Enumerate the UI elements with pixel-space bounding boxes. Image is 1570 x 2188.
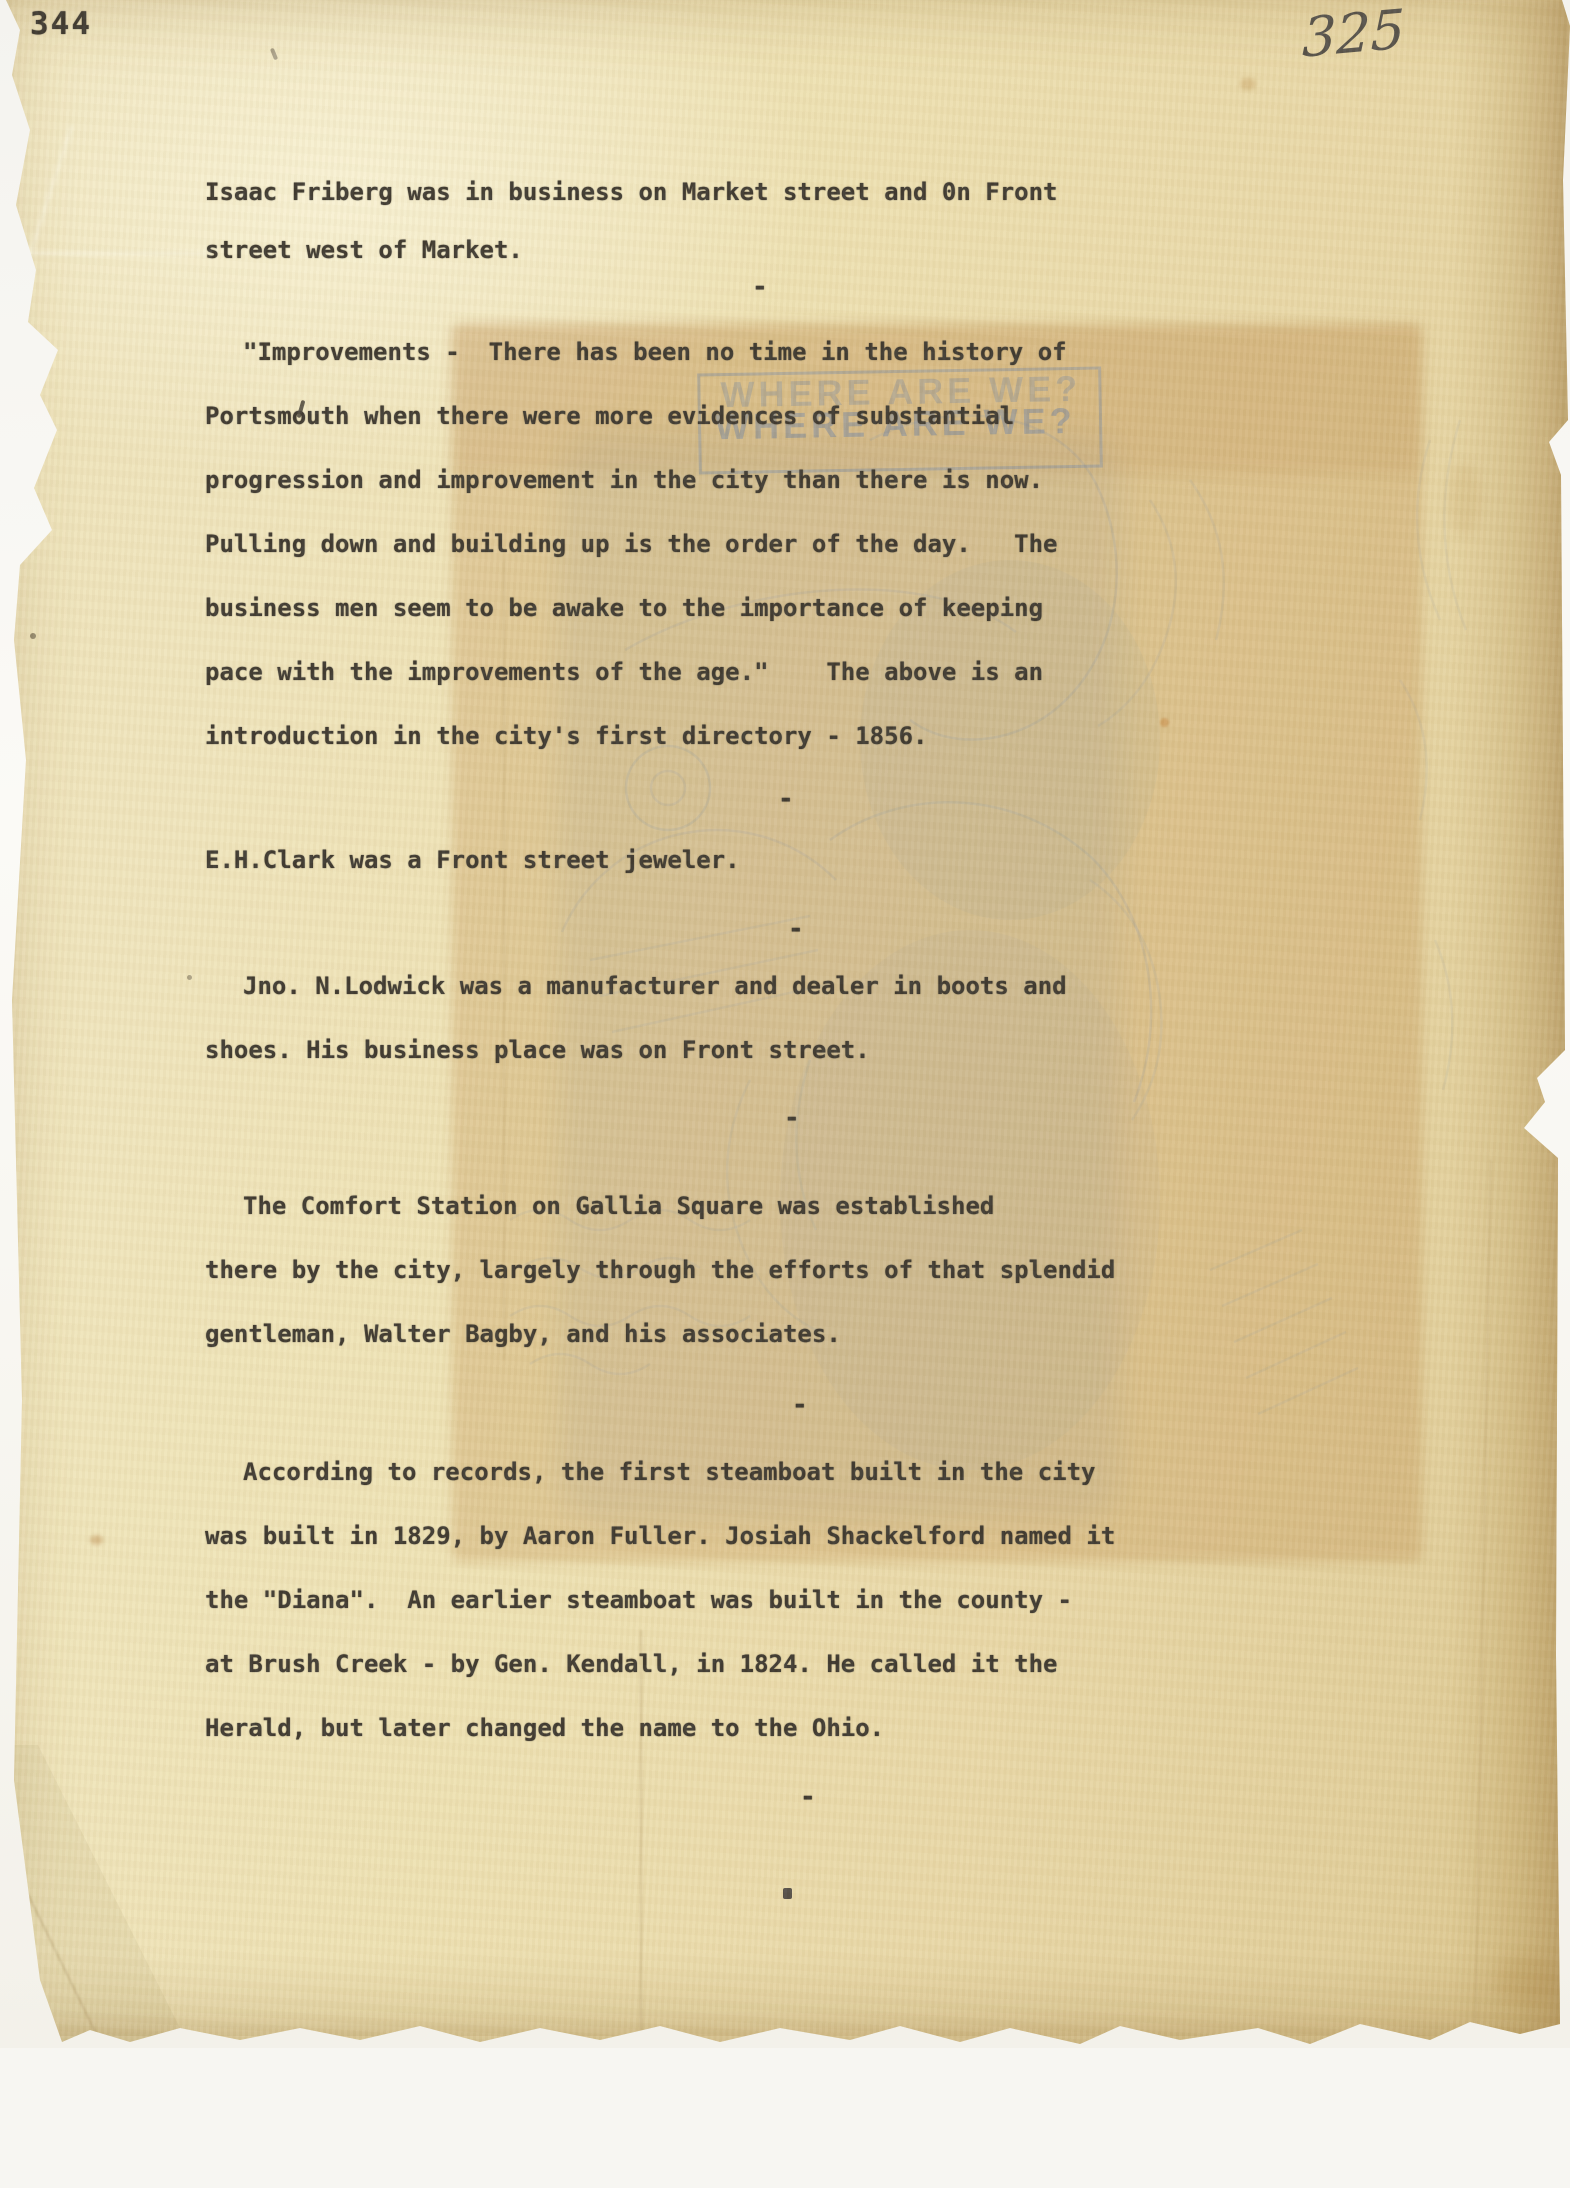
ink-speck [783,1888,792,1899]
typed-line: Portsmouth when there were more evidence… [205,384,1067,448]
typed-line: Herald, but later changed the name to th… [205,1696,1115,1760]
typed-line: at Brush Creek - by Gen. Kendall, in 182… [205,1632,1115,1696]
typed-line: there by the city, largely through the e… [205,1238,1115,1302]
typed-line: street west of Market. [205,221,1058,279]
typed-line: Isaac Friberg was in business on Market … [205,163,1058,221]
crease-line [503,560,505,1360]
dash-separator: - [788,914,804,944]
typed-line: introduction in the city's first directo… [205,704,1067,768]
handwritten-page-number: 325 [1302,0,1406,70]
typed-line: was built in 1829, by Aaron Fuller. Josi… [205,1504,1115,1568]
ink-speck [187,975,192,980]
typed-line: pace with the improvements of the age." … [205,640,1067,704]
paragraph-comfort-station: The Comfort Station on Gallia Square was… [205,1174,1115,1366]
typed-line: According to records, the first steamboa… [205,1440,1115,1504]
scanned-document-page: WHERE ARE WE? WHERE ARE WE? 344 325 Isaa… [0,0,1570,2048]
foxing-spot [90,1535,103,1545]
paragraph-friberg: Isaac Friberg was in business on Market … [205,163,1058,279]
ink-speck [270,48,278,61]
typed-line: shoes. His business place was on Front s… [205,1018,1067,1082]
paragraph-lodwick: Jno. N.Lodwick was a manufacturer and de… [205,954,1067,1082]
right-edge-shading [1452,0,1570,2048]
bottom-edge-shading [0,1950,1570,2036]
dash-separator: - [752,272,768,302]
dash-separator: - [792,1390,808,1420]
typed-line: "Improvements - There has been no time i… [205,320,1067,384]
typed-line: the "Diana". An earlier steamboat was bu… [205,1568,1115,1632]
typed-line: Pulling down and building up is the orde… [205,512,1067,576]
typed-line: E.H.Clark was a Front street jeweler. [205,828,740,892]
typed-line: gentleman, Walter Bagby, and his associa… [205,1302,1115,1366]
dash-separator: - [784,1103,800,1133]
typed-page-number: 344 [30,6,92,42]
paragraph-improvements: "Improvements - There has been no time i… [205,320,1067,768]
typed-line: business men seem to be awake to the imp… [205,576,1067,640]
paragraph-clark: E.H.Clark was a Front street jeweler. [205,828,740,892]
ink-speck [30,633,36,639]
dash-separator: - [778,784,794,814]
typed-line: progression and improvement in the city … [205,448,1067,512]
typed-line: Jno. N.Lodwick was a manufacturer and de… [205,954,1067,1018]
paragraph-steamboat: According to records, the first steamboa… [205,1440,1115,1760]
dash-separator: - [800,1782,816,1812]
foxing-spot [1240,78,1256,90]
foxing-spot [1160,718,1169,727]
typed-line: The Comfort Station on Gallia Square was… [205,1174,1115,1238]
